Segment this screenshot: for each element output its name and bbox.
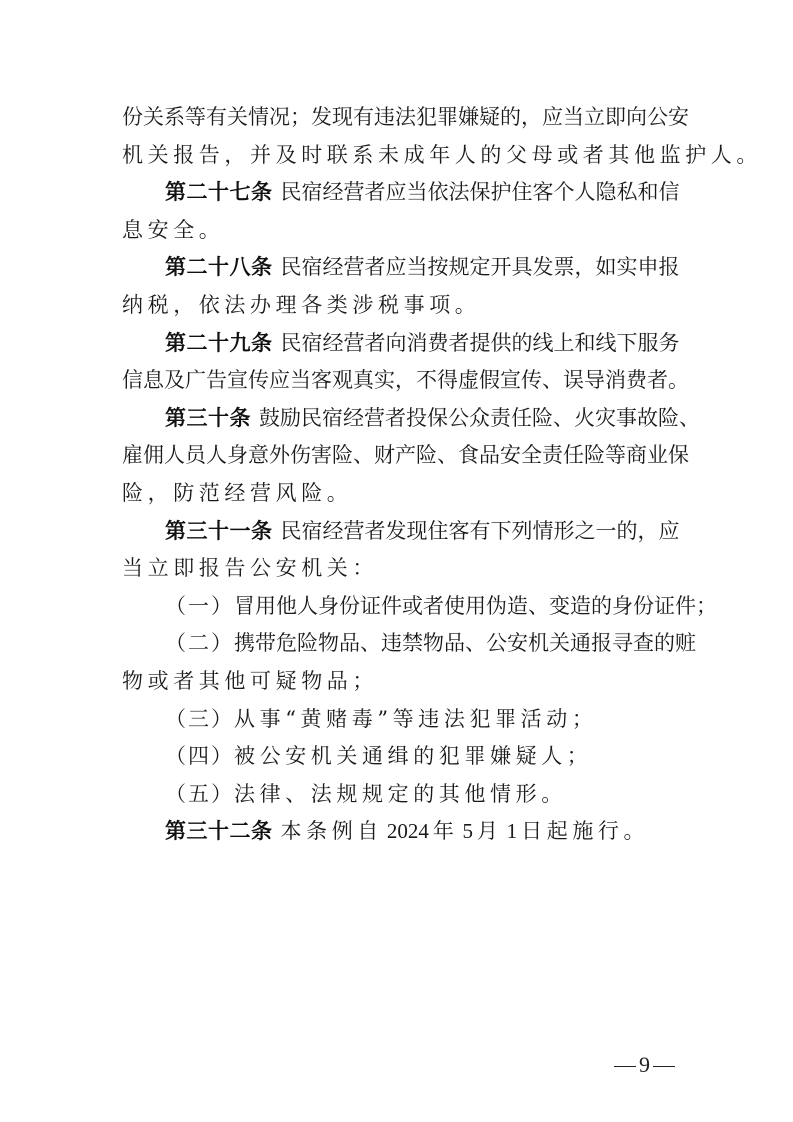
article-label: 第三十一条 (165, 519, 273, 543)
article-label: 第二十七条 (165, 180, 273, 204)
item-number: （二） (165, 631, 234, 655)
article-label: 第三十条 (165, 406, 251, 430)
article-30-continuation-1: 雇佣人员人身意外伤害险、财产险、食品安全责任险等商业保 (122, 437, 674, 475)
article-text: 民宿经营者应当按规定开具发票，如实申报 (281, 255, 680, 279)
article-31-item-2: （二）携带危险物品、违禁物品、公安机关通报寻查的赃 (122, 625, 674, 663)
page-number-value: 9 (639, 1052, 650, 1077)
day-unit: 日起施行。 (521, 819, 649, 843)
article-30-continuation-2: 险，防范经营风险。 (122, 475, 674, 513)
month-unit: 月 (477, 819, 503, 843)
article-28: 第二十八条民宿经营者应当按规定开具发票，如实申报 (122, 249, 674, 287)
continuation-line-1: 份关系等有关情况；发现有违法犯罪嫌疑的，应当立即向公安 (122, 99, 674, 137)
article-29-continuation: 信息及广告宣传应当客观真实，不得虚假宣传、误导消费者。 (122, 362, 674, 400)
item-text: 被公安机关通缉的犯罪嫌疑人； (234, 744, 592, 768)
item-number: （五） (165, 782, 234, 806)
item-text: 从事“黄赌毒”等违法犯罪活动； (234, 707, 597, 731)
article-31-item-2-continuation: 物或者其他可疑物品； (122, 663, 674, 701)
article-text: 民宿经营者发现住客有下列情形之一的，应 (281, 519, 680, 543)
page-number: 9 (611, 1052, 678, 1078)
item-text: 法律、法规规定的其他情形。 (234, 782, 567, 806)
article-31-item-1: （一）冒用他人身份证件或者使用伪造、变造的身份证件； (122, 588, 674, 626)
item-number: （四） (165, 744, 234, 768)
item-number: （三） (165, 707, 234, 731)
article-28-continuation: 纳税，依法办理各类涉税事项。 (122, 287, 674, 325)
article-31-item-4: （四）被公安机关通缉的犯罪嫌疑人； (122, 738, 674, 776)
article-32: 第三十二条本条例自2024年5月1日起施行。 (122, 813, 674, 851)
article-31-item-3: （三）从事“黄赌毒”等违法犯罪活动； (122, 701, 674, 739)
effective-month: 5 (463, 819, 474, 843)
article-27: 第二十七条民宿经营者应当依法保护住客个人隐私和信 (122, 174, 674, 212)
year-unit: 年 (433, 819, 459, 843)
article-31-continuation: 当立即报告公安机关： (122, 550, 674, 588)
document-body: 份关系等有关情况；发现有违法犯罪嫌疑的，应当立即向公安 机关报告，并及时联系未成… (122, 99, 674, 851)
dash-right (653, 1066, 675, 1067)
article-text: 民宿经营者应当依法保护住客个人隐私和信 (281, 180, 680, 204)
effective-day: 1 (507, 819, 518, 843)
article-29: 第二十九条民宿经营者向消费者提供的线上和线下服务 (122, 325, 674, 363)
article-text: 民宿经营者向消费者提供的线上和线下服务 (281, 331, 680, 355)
item-text: 冒用他人身份证件或者使用伪造、变造的身份证件； (234, 594, 717, 618)
dash-left (614, 1066, 636, 1067)
article-31: 第三十一条民宿经营者发现住客有下列情形之一的，应 (122, 513, 674, 551)
article-31-item-5: （五）法律、法规规定的其他情形。 (122, 776, 674, 814)
item-text: 携带危险物品、违禁物品、公安机关通报寻查的赃 (234, 631, 696, 655)
article-label: 第二十九条 (165, 331, 273, 355)
article-text: 本条例自 (281, 819, 383, 843)
article-label: 第二十八条 (165, 255, 273, 279)
article-30: 第三十条鼓励民宿经营者投保公众责任险、火灾事故险、 (122, 400, 674, 438)
article-27-continuation: 息安全。 (122, 212, 674, 250)
article-label: 第三十二条 (165, 819, 273, 843)
item-number: （一） (165, 594, 234, 618)
article-text: 鼓励民宿经营者投保公众责任险、火灾事故险、 (259, 406, 700, 430)
document-page: 份关系等有关情况；发现有违法犯罪嫌疑的，应当立即向公安 机关报告，并及时联系未成… (0, 0, 793, 1122)
continuation-line-2: 机关报告，并及时联系未成年人的父母或者其他监护人。 (122, 137, 674, 175)
effective-year: 2024 (387, 819, 429, 843)
